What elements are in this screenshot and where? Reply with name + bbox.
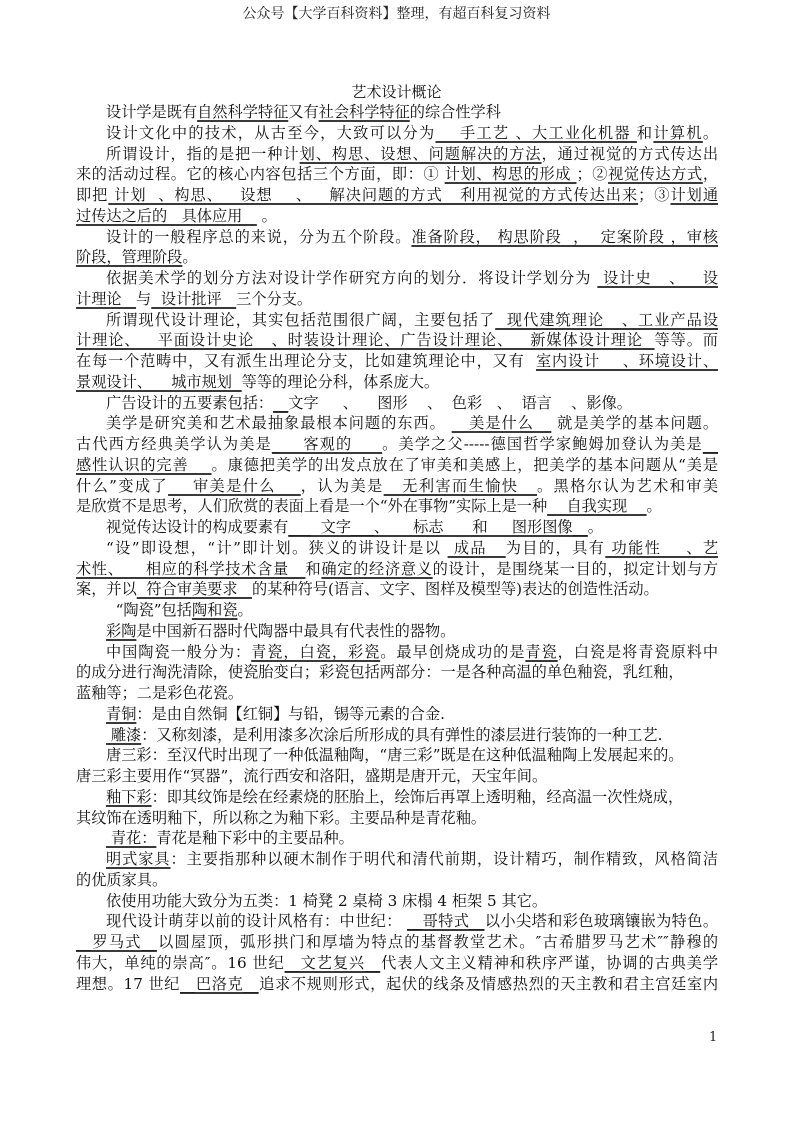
text-line: “陶瓷”包括陶和瓷。 — [106, 600, 718, 621]
text-segment: 设计文化中的技术，从古至今，大致可以分为 — [106, 124, 435, 142]
text-line: 什么”变成了 审美是什么 ，认为美是 无利害而生愉快 。黑格尔认为艺术和审美 — [76, 476, 718, 497]
text-segment: 。最早创烧成功的是 — [380, 643, 525, 661]
text-line: 雕漆：又称刻漆，是利用漆多次涂后所形成的具有弹性的漆层进行装饰的一种工艺. — [106, 725, 718, 746]
text-segment: 依使用功能大致分为五类：1 椅凳 2 桌椅 3 床榻 4 柜架 5 其它。 — [106, 892, 547, 910]
text-line: 的优质家具。 — [76, 870, 718, 891]
text-segment: 的成分进行淘洗清除，使瓷胎变白；彩瓷包括两部分：一是各种高温的单色釉瓷，乳红釉， — [76, 663, 684, 681]
text-line: 理想。17 世纪__巴洛克__追求不规则形式，起伏的线条及情感热烈的天主教和君主… — [76, 974, 718, 995]
text-segment: 所谓设计，指的是把一种计 — [106, 145, 300, 163]
text-line: 现代设计萌芽以前的设计风格有：中世纪： __哥特式__以小尖塔和彩色玻璃镶嵌为特… — [106, 911, 718, 932]
text-segment: 是中国新石器时代陶器中最具有代表性的器物。 — [136, 622, 455, 640]
text-segment: ，白瓷是将青瓷原料中 — [558, 643, 718, 661]
underlined-term: 自然科学特征 — [197, 103, 288, 121]
underlined-term: 陶和瓷 — [192, 601, 238, 619]
underlined-term: 青瓷，白瓷，彩瓷 — [251, 643, 380, 661]
text-line: 景观设计、 城市规划 等等的理论分科，体系庞大。 — [76, 372, 718, 393]
underlined-term: 功能性 、艺 — [605, 539, 718, 557]
text-segment: 唐三彩：至汉代时出现了一种低温釉陶，“唐三彩”既是在这种低温釉陶上发展起来的。 — [106, 746, 683, 764]
text-segment: 为目的，具有 — [506, 539, 606, 557]
text-segment: 以小尖塔和彩色玻璃镶嵌为特色。 — [484, 912, 718, 930]
text-segment: 广告设计的五要素包括： — [106, 394, 273, 412]
underlined-term: 无利害而生愉快 — [384, 477, 537, 495]
text-segment: 中国陶瓷一般分为： — [106, 643, 251, 661]
text-line: 在每一个范畴中，又有派生出理论分支，比如建筑理论中，又有 室内设计 、环境设计、 — [76, 351, 718, 372]
text-segment: 理想。17 世纪 — [76, 975, 180, 993]
text-line: 设计文化中的技术，从古至今，大致可以分为 手工艺 、大工业化机器 和计算机。 — [106, 123, 718, 144]
text-line: __罗马式__以圆屋顶，弧形拱门和厚墙为特点的基督教堂艺术。″古希腊罗马艺术″″… — [76, 932, 718, 953]
text-segment: 。 — [588, 518, 603, 536]
underlined-term: 青花： — [106, 829, 156, 847]
text-line: 其纹饰在透明釉下，所以称之为釉下彩。主要品种是青花釉。 — [76, 808, 718, 829]
text-segment: 伟大，单纯的崇高″。16 世纪 — [76, 954, 285, 972]
text-line: 唐三彩主要用作“冥器”，流行西安和洛阳，盛期是唐开元，天宝年间。 — [76, 766, 718, 787]
text-segment: 追求不规则形式，起伏的线条及情感热烈的天主教和君主宫廷室内 — [259, 975, 718, 993]
text-segment: 即把 — [76, 186, 108, 204]
underlined-term: 计理论 — [76, 290, 136, 308]
text-line: 青铜：是由自然铜【红铜】与铅，锡等元素的合金. — [106, 704, 718, 725]
text-segment: 的设计，是围绕某一目的，拟定计划与方 — [433, 560, 718, 578]
underlined-term: 术性、 相应的科学技术含量 — [76, 560, 305, 578]
text-line: 过传达之后的 具体应用 。 — [76, 206, 718, 227]
text-segment: 美学是研究美和艺术最抽象最根本问题的东西。 — [106, 414, 452, 432]
text-segment: ：又称刻漆，是利用漆多次涂后所形成的具有弹性的漆层进行装饰的一种工艺. — [141, 726, 662, 744]
underlined-term: __巴洛克__ — [180, 975, 259, 993]
text-line: 广告设计的五要素包括：__文字 、 图形 、 色彩 、 语言 、影像。 — [106, 393, 718, 414]
text-segment: 蓝釉等；二是彩色花瓷。 — [76, 684, 243, 702]
text-line: 是欣赏不是思考，人们欣赏的表面上看是一个“外在事物”实际上是一种 自我实现 。 — [76, 496, 718, 517]
underlined-term: 设计批评 — [151, 290, 236, 308]
underlined-term: 景观设计、 城市规划 — [76, 373, 242, 391]
text-segment: 其纹饰在透明釉下，所以称之为釉下彩。主要品种是青花釉。 — [76, 809, 486, 827]
underlined-term: 准备阶段， 构思阶段 ， 定案阶段 ，审核 — [411, 228, 718, 246]
text-segment: 视觉传达设计的构成要素有 — [106, 518, 288, 536]
underlined-term: 自我实现 — [547, 497, 646, 515]
text-segment: 的优质家具。 — [76, 871, 167, 889]
underlined-term: 确定的经济意义 — [321, 560, 432, 578]
underlined-term: 手工艺 、大工业化机器 — [435, 124, 636, 142]
text-segment: ，认为美是 — [301, 477, 384, 495]
underlined-term: 划、构思、设想、问题解决的方法 — [300, 145, 542, 163]
underlined-term: 釉下彩 — [106, 788, 152, 806]
text-segment: 在每一个范畴中，又有派生出理论分支，比如建筑理论中，又有 — [76, 352, 536, 370]
text-line: 设计学是既有自然科学特征又有社会科学特征的综合性学科 — [106, 102, 718, 123]
text-segment: ，通过视觉的方式传达出 — [542, 145, 719, 163]
text-segment: “设”即设想，“计”即计划。狭义的讲设计是以 — [106, 539, 448, 557]
underlined-term: 计划、构思的形成 — [445, 165, 577, 183]
underlined-term: 感性认识的完善 — [76, 456, 212, 474]
text-line: 来的活动过程。它的核心内容包括三个方面，即：① 计划、构思的形成 ；②视觉传达方… — [76, 164, 718, 185]
text-segment: 的综合性学科 — [410, 103, 501, 121]
text-segment: 案，并以 — [76, 580, 137, 598]
underlined-term: __ — [703, 435, 718, 453]
underlined-term: 设计史 、 设 — [597, 269, 718, 287]
text-line: 计理论 与 设计批评 三个分支。 — [76, 289, 718, 310]
text-line: 彩陶是中国新石器时代陶器中最具有代表性的器物。 — [106, 621, 718, 642]
text-line: 古代西方经典美学认为美是_ 客观的 。美学之父-----德国哲学家鲍姆加登认为美… — [76, 434, 718, 455]
text-segment: 又有 — [288, 103, 318, 121]
underlined-term: 彩陶 — [106, 622, 136, 640]
underlined-term: 计理论、 平面设计史论 、时装设计理论、广告设计理论、 新媒体设计理论 — [76, 331, 655, 349]
text-segment: 与 — [136, 290, 151, 308]
underlined-term: __哥特式__ — [407, 912, 484, 930]
underlined-term: 计算机 — [653, 124, 702, 142]
underlined-term: ___ 文字___、 标志 和 图形图像__ — [288, 518, 588, 536]
text-line: 釉下彩：即其纹饰是绘在经素烧的胚胎上，绘饰后再罩上透明釉，经高温一次性烧成， — [106, 787, 718, 808]
text-line: 设计的一般程序总的来说，分为五个阶段。准备阶段， 构思阶段 ， 定案阶段 ，审核 — [106, 227, 718, 248]
text-segment: 和 — [305, 560, 321, 578]
text-segment: “陶瓷”包括 — [106, 601, 192, 619]
text-line: 明式家具：主要指那种以硬木制作于明代和清代前期，设计精巧，制作精致，风格简洁 — [106, 849, 718, 870]
underlined-term: 美是什么 — [452, 414, 552, 432]
text-line: 术性、 相应的科学技术含量 和确定的经济意义的设计，是围绕某一目的，拟定计划与方 — [76, 559, 718, 580]
text-line: “设”即设想，“计”即计划。狭义的讲设计是以 成品 为目的，具有 功能性 、艺 — [106, 538, 718, 559]
text-segment: 现代设计萌芽以前的设计风格有：中世纪： — [106, 912, 407, 930]
text-line: 案，并以 符合审美要求 的某种符号(语言、文字、图样及模型等)表达的创造性活动。 — [76, 579, 718, 600]
text-line: 所谓现代设计理论，其实包括范围很广阔，主要包括了 现代建筑理论 、工业产品设 — [106, 310, 718, 331]
text-segment: 就是美学的基本问题。 — [551, 414, 718, 432]
text-segment: ， — [703, 165, 718, 183]
text-segment: 青花是釉下彩中的主要品种。 — [156, 829, 353, 847]
underlined-term: 阶段，管理阶段 — [76, 248, 182, 266]
text-line: 青花：青花是釉下彩中的主要品种。 — [106, 828, 718, 849]
text-segment: 设计学是既有 — [106, 103, 197, 121]
underlined-term: 审美是什么 — [168, 477, 301, 495]
text-line: 依据美术学的划分方法对设计学作研究方向的划分．将设计学划分为 设计史 、 设 — [106, 268, 718, 289]
text-line: 蓝釉等；二是彩色花瓷。 — [76, 683, 718, 704]
text-line: 阶段，管理阶段。 — [76, 247, 718, 268]
underlined-term: 青铜 — [106, 705, 136, 723]
text-segment: 所谓现代设计理论，其实包括范围很广阔，主要包括了 — [106, 311, 495, 329]
underlined-term: 青瓷 — [525, 643, 557, 661]
text-segment: 和 — [637, 124, 653, 142]
text-segment: ：即其纹饰是绘在经素烧的胚胎上，绘饰后再罩上透明釉，经高温一次性烧成， — [152, 788, 684, 806]
underlined-term: 计划 、构思、 设想 、 解决问题的方式 利用视觉的方式传达出来 — [108, 186, 638, 204]
text-line: 的成分进行淘洗清除，使瓷胎变白；彩瓷包括两部分：一是各种高温的单色釉瓷，乳红釉， — [76, 662, 718, 683]
text-segment: 以圆屋顶，弧形拱门和厚墙为特点的基督教堂艺术。″古希腊罗马艺术″″静穆的 — [157, 933, 718, 951]
text-segment: 等等。而 — [655, 331, 719, 349]
underlined-term: 明式家具 — [106, 850, 171, 868]
text-segment: 是欣赏不是思考，人们欣赏的表面上看是一个“外在事物”实际上是一种 — [76, 497, 547, 515]
underlined-term: 室内设计 、环境设计、 — [536, 352, 718, 370]
underlined-term: 成品 — [448, 539, 506, 557]
text-segment: 什么”变成了 — [76, 477, 168, 495]
text-segment: 。 — [182, 248, 197, 266]
text-line: 计理论、 平面设计史论 、时装设计理论、广告设计理论、 新媒体设计理论 等等。而 — [76, 330, 718, 351]
text-line: 中国陶瓷一般分为：青瓷，白瓷，彩瓷。最早创烧成功的是青瓷，白瓷是将青瓷原料中 — [106, 642, 718, 663]
underlined-term: 视觉传达方式 — [608, 165, 703, 183]
page-header-banner: 公众号【大学百科资料】整理，有超百科复习资料 — [0, 4, 793, 24]
text-segment: 文字 、 图形 、 色彩 、 语言 、影像。 — [288, 394, 632, 412]
text-line: 视觉传达设计的构成要素有___ 文字___、 标志 和 图形图像__。 — [106, 517, 718, 538]
underlined-term: __ — [273, 394, 288, 412]
text-segment: ：主要指那种以硬木制作于明代和清代前期，设计精巧，制作精致，风格简洁 — [171, 850, 718, 868]
underlined-term: 符合审美要求 — [137, 580, 252, 598]
underlined-term: 社会科学特征 — [319, 103, 410, 121]
text-segment: 。 — [238, 601, 253, 619]
underlined-term: 现代建筑理论 、工业产品设 — [495, 311, 718, 329]
text-segment: ；③ — [638, 186, 670, 204]
text-segment: 三个分支。 — [236, 290, 312, 308]
text-line: 所谓设计，指的是把一种计划、构思、设想、问题解决的方法，通过视觉的方式传达出 — [106, 144, 718, 165]
underlined-term: 计划通 — [670, 186, 718, 204]
page-number: 1 — [709, 1030, 717, 1045]
text-segment: ：是由自然铜【红铜】与铅，锡等元素的合金. — [136, 705, 445, 723]
text-segment: 等等的理论分科，体系庞大。 — [242, 373, 439, 391]
text-segment: 代表人文主义精神和秩序严谨，协调的古典美学 — [380, 954, 718, 972]
underlined-term: _ 客观的 — [272, 435, 382, 453]
text-segment: 。 — [703, 124, 718, 142]
text-line: 即把 计划 、构思、 设想 、 解决问题的方式 利用视觉的方式传达出来；③计划通 — [76, 185, 718, 206]
text-segment: 古代西方经典美学认为美是 — [76, 435, 272, 453]
text-line: 依使用功能大致分为五类：1 椅凳 2 桌椅 3 床榻 4 柜架 5 其它。 — [106, 891, 718, 912]
text-line: 感性认识的完善 。康德把美学的出发点放在了审美和美感上，把美学的基本问题从“美是 — [76, 455, 718, 476]
text-segment: 设计的一般程序总的来说，分为五个阶段。 — [106, 228, 411, 246]
underlined-term: __罗马式__ — [76, 933, 157, 951]
text-segment: 来的活动过程。它的核心内容包括三个方面，即：① — [76, 165, 445, 183]
text-line: 伟大，单纯的崇高″。16 世纪__文艺复兴__代表人文主义精神和秩序严谨，协调的… — [76, 953, 718, 974]
underlined-term: __文艺复兴__ — [285, 954, 381, 972]
text-segment: 。黑格尔认为艺术和审美 — [537, 477, 718, 495]
text-segment: 。 — [647, 497, 662, 515]
document-title: 艺术设计概论 — [0, 82, 793, 102]
text-line: 美学是研究美和艺术最抽象最根本问题的东西。 美是什么 就是美学的基本问题。 — [106, 413, 718, 434]
text-segment: 。美学之父-----德国哲学家鲍姆加登认为美是 — [382, 435, 703, 453]
text-segment: 依据美术学的划分方法对设计学作研究方向的划分．将设计学划分为 — [106, 269, 597, 287]
text-segment: 唐三彩主要用作“冥器”，流行西安和洛阳，盛期是唐开元，天宝年间。 — [76, 767, 547, 785]
text-segment: 。 — [257, 207, 277, 225]
underlined-term: 过传达之后的 具体应用 — [76, 207, 257, 225]
underlined-term: 雕漆 — [106, 726, 141, 744]
text-line: 唐三彩：至汉代时出现了一种低温釉陶，“唐三彩”既是在这种低温釉陶上发展起来的。 — [106, 745, 718, 766]
text-segment: 。康德把美学的出发点放在了审美和美感上，把美学的基本问题从“美是 — [212, 456, 718, 474]
text-segment: ；② — [576, 165, 608, 183]
text-segment: 的某种符号(语言、文字、图样及模型等)表达的创造性活动。 — [252, 580, 659, 598]
